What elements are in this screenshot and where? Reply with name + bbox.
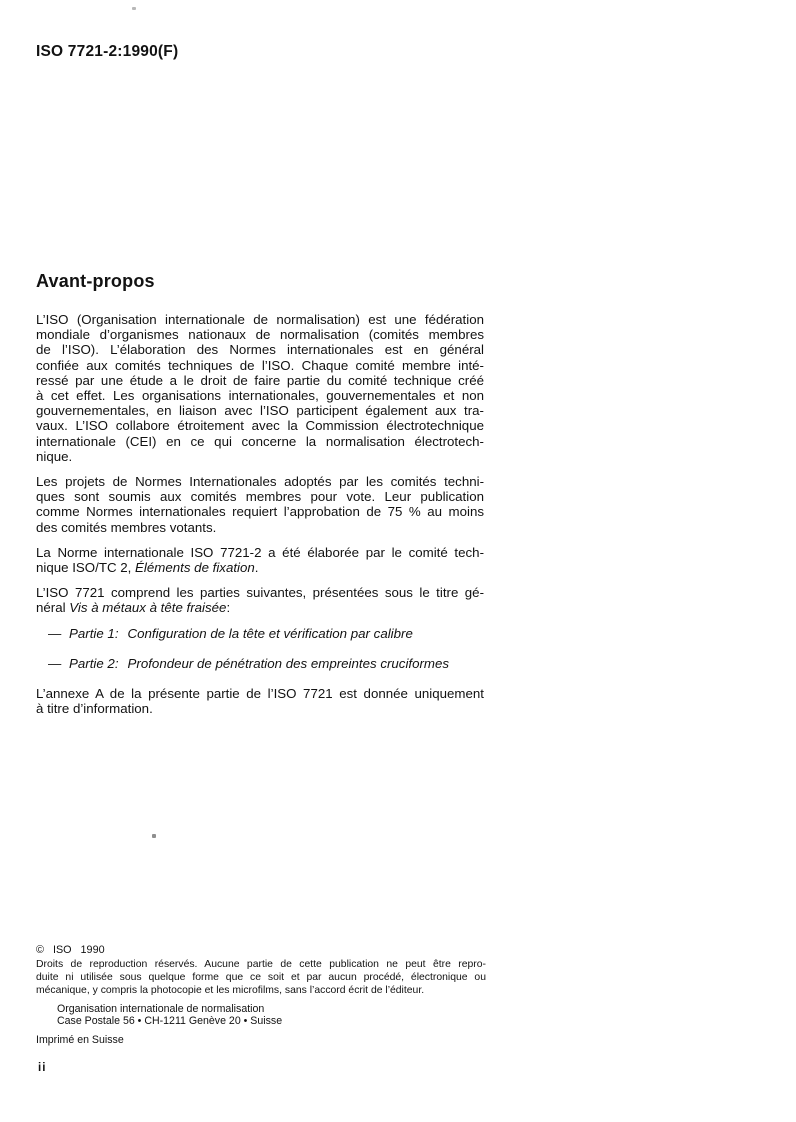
part-title: Profondeur de pénétration des empreintes… bbox=[128, 656, 450, 671]
list-item-part-1: —Partie 1:Configuration de la tête et vé… bbox=[36, 626, 484, 641]
dash-icon: — bbox=[48, 626, 69, 641]
printed-in: Imprimé en Suisse bbox=[36, 1034, 486, 1046]
text-run: : bbox=[226, 600, 230, 615]
copyright-line: © ISO 1990 bbox=[36, 944, 486, 956]
text-line: internationale (CEI) en ce qui concerne … bbox=[36, 434, 484, 449]
text-line: des comités membres votants. bbox=[36, 520, 484, 535]
foreword-paragraph-5: L’annexe A de la présente partie de l’IS… bbox=[36, 686, 484, 716]
text-line: Droits de reproduction réservés. Aucune … bbox=[36, 958, 486, 971]
foreword-title: Avant-propos bbox=[36, 271, 484, 292]
scan-speck bbox=[132, 7, 136, 10]
scan-speck bbox=[152, 834, 156, 838]
foreword-paragraph-3: La Norme internationale ISO 7721-2 a été… bbox=[36, 545, 484, 575]
text-run: nique ISO/TC 2, bbox=[36, 560, 135, 575]
part-label: Partie 2: bbox=[69, 656, 119, 671]
text-line: ressé par une étude a le droit de faire … bbox=[36, 373, 484, 388]
text-line: vaux. L’ISO collabore étroitement avec l… bbox=[36, 418, 484, 433]
text-line: de l’ISO). L’élaboration des Normes inte… bbox=[36, 342, 484, 357]
text-line: nique ISO/TC 2, Éléments de fixation. bbox=[36, 560, 484, 575]
publisher-name: Organisation internationale de normalisa… bbox=[57, 1003, 486, 1016]
text-line: Les projets de Normes Internationales ad… bbox=[36, 474, 484, 489]
text-run: . bbox=[255, 560, 259, 575]
page-number: ii bbox=[38, 1062, 46, 1074]
text-run: néral bbox=[36, 600, 69, 615]
text-line: L’ISO 7721 comprend les parties suivante… bbox=[36, 585, 484, 600]
rights-notice: Droits de reproduction réservés. Aucune … bbox=[36, 958, 486, 998]
foreword-paragraph-2: Les projets de Normes Internationales ad… bbox=[36, 474, 484, 535]
copyright-footer: © ISO 1990 Droits de reproduction réserv… bbox=[36, 944, 486, 1046]
text-line: mondiale d’organismes nationaux de norma… bbox=[36, 327, 484, 342]
text-line: L’ISO (Organisation internationale de no… bbox=[36, 312, 484, 327]
text-line: à cet effet. Les organisations internati… bbox=[36, 388, 484, 403]
foreword-paragraph-1: L’ISO (Organisation internationale de no… bbox=[36, 312, 484, 464]
italic-title-run: Éléments de fixation bbox=[135, 560, 255, 575]
foreword-section: Avant-propos L’ISO (Organisation interna… bbox=[36, 271, 484, 726]
text-line: nique. bbox=[36, 449, 484, 464]
text-line: ques sont soumis aux comités membres pou… bbox=[36, 489, 484, 504]
list-item-part-2: —Partie 2:Profondeur de pénétration des … bbox=[36, 656, 484, 671]
text-line: confiée aux comités techniques de l’ISO.… bbox=[36, 358, 484, 373]
text-line: L’annexe A de la présente partie de l’IS… bbox=[36, 686, 484, 701]
text-line: comme Normes internationales requiert l’… bbox=[36, 504, 484, 519]
text-line: mécanique, y compris la photocopie et le… bbox=[36, 984, 486, 997]
part-label: Partie 1: bbox=[69, 626, 119, 641]
text-line: La Norme internationale ISO 7721-2 a été… bbox=[36, 545, 484, 560]
document-page: ISO 7721-2:1990(F) Avant-propos L’ISO (O… bbox=[0, 0, 796, 1122]
document-reference: ISO 7721-2:1990(F) bbox=[36, 43, 178, 61]
italic-title-run: Vis à métaux à tête fraisée bbox=[69, 600, 226, 615]
publisher-block: Organisation internationale de normalisa… bbox=[36, 1003, 486, 1029]
text-line: à titre d’information. bbox=[36, 701, 484, 716]
parts-list: —Partie 1:Configuration de la tête et vé… bbox=[36, 626, 484, 671]
text-line: duite ni utilisée sous quelque forme que… bbox=[36, 971, 486, 984]
dash-icon: — bbox=[48, 656, 69, 671]
publisher-address: Case Postale 56 • CH-1211 Genève 20 • Su… bbox=[57, 1015, 486, 1028]
text-line: néral Vis à métaux à tête fraisée: bbox=[36, 600, 484, 615]
foreword-paragraph-4: L’ISO 7721 comprend les parties suivante… bbox=[36, 585, 484, 615]
part-title: Configuration de la tête et vérification… bbox=[128, 626, 413, 641]
text-line: gouvernementales, en liaison avec l’ISO … bbox=[36, 403, 484, 418]
